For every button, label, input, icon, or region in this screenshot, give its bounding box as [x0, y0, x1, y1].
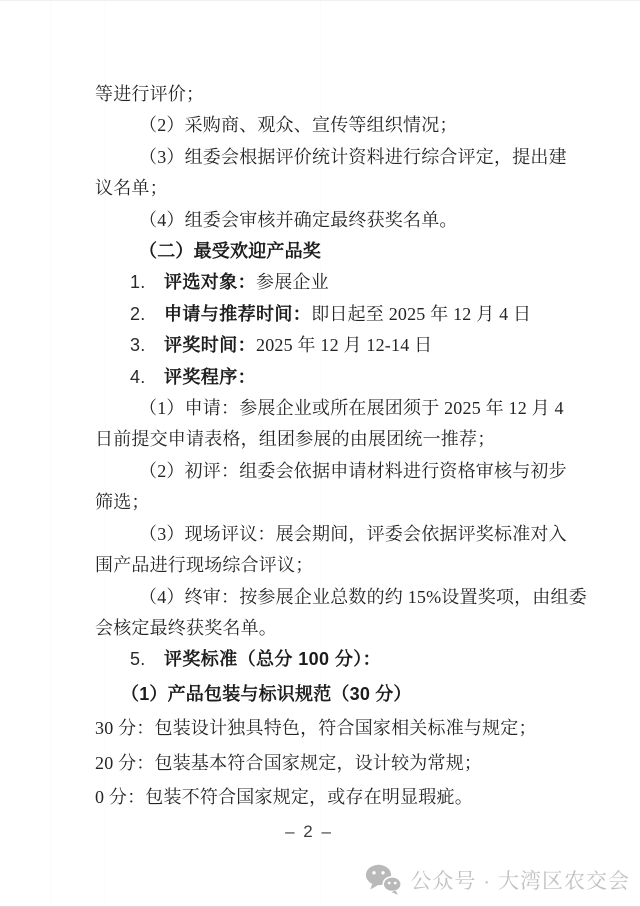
line-text: （4）组委会审核并确定最终获奖名单。 — [139, 210, 458, 230]
document-line: 2.申请与推荐时间：即日起至 2025 年 12 月 4 日 — [95, 299, 550, 330]
line-text-bold: 评奖时间： — [164, 335, 256, 355]
document-line: 围产品进行现场综合评议； — [95, 550, 550, 581]
line-text: 会核定最终获奖名单。 — [95, 618, 277, 638]
document-line: （3）现场评议：展会期间，评委会依据评奖标准对入 — [95, 519, 550, 550]
document-line: 0 分：包装不符合国家规定，或存在明显瑕疵。 — [95, 782, 550, 813]
document-line: 日前提交申请表格，组团参展的由展团统一推荐； — [95, 424, 550, 455]
line-text: （2）采购商、观众、宣传等组织情况； — [139, 115, 458, 135]
line-text: 参展企业 — [256, 272, 329, 292]
document-line: 30 分：包装设计独具特色，符合国家相关标准与规定； — [95, 713, 550, 744]
line-text: 0 分：包装不符合国家规定，或存在明显瑕疵。 — [95, 787, 473, 807]
document-line: 议名单； — [95, 173, 550, 204]
line-number: 1. — [130, 267, 164, 298]
line-text: （3）组委会根据评价统计资料进行综合评定，提出建 — [139, 147, 567, 167]
document-line: 等进行评价； — [95, 79, 550, 110]
line-text: 等进行评价； — [95, 84, 204, 104]
document-line: （4）组委会审核并确定最终获奖名单。 — [95, 205, 550, 236]
line-number: 2. — [130, 299, 164, 330]
document-line: （1）产品包装与标识规范（30 分） — [95, 679, 550, 710]
line-text: （4）终审：按参展企业总数的约 15%设置奖项，由组委 — [139, 587, 587, 607]
line-text: 日前提交申请表格，组团参展的由展团统一推荐； — [95, 429, 495, 449]
line-text-bold: 评选对象： — [164, 272, 256, 292]
document-line: （3）组委会根据评价统计资料进行综合评定，提出建 — [95, 142, 550, 173]
line-text: （3）现场评议：展会期间，评委会依据评奖标准对入 — [139, 524, 567, 544]
line-text-bold: （1）产品包装与标识规范（30 分） — [121, 684, 412, 704]
document-line: （2）初评：组委会依据申请材料进行资格审核与初步 — [95, 456, 550, 487]
line-number: 4. — [130, 362, 164, 393]
document-line: 1.评选对象：参展企业 — [95, 267, 550, 298]
document-page: 等进行评价；（2）采购商、观众、宣传等组织情况；（3）组委会根据评价统计资料进行… — [0, 0, 640, 907]
line-text-bold: （二）最受欢迎产品奖 — [139, 241, 321, 261]
document-line: 3.评奖时间：2025 年 12 月 12-14 日 — [95, 330, 550, 361]
document-line: 5.评奖标准（总分 100 分）： — [95, 644, 550, 675]
line-text: 议名单； — [95, 178, 168, 198]
document-line: 会核定最终获奖名单。 — [95, 613, 550, 644]
line-number: 5. — [130, 644, 164, 675]
line-text: （2）初评：组委会依据申请材料进行资格审核与初步 — [139, 461, 567, 481]
watermark-label: 公众号 · 大湾区农交会 — [410, 865, 630, 895]
document-line: （2）采购商、观众、宣传等组织情况； — [95, 110, 550, 141]
line-text: 20 分：包装基本符合国家规定，设计较为常规； — [95, 753, 482, 773]
document-line: （二）最受欢迎产品奖 — [95, 236, 550, 267]
page-number: – 2 – — [0, 822, 618, 842]
document-line: 20 分：包装基本符合国家规定，设计较为常规； — [95, 748, 550, 779]
document-line: 筛选； — [95, 487, 550, 518]
document-line: 4.评奖程序： — [95, 362, 550, 393]
line-text-bold: 申请与推荐时间： — [164, 304, 311, 324]
line-text: （1）申请：参展企业或所在展团须于 2025 年 12 月 4 — [139, 398, 564, 418]
line-text: 围产品进行现场综合评议； — [95, 555, 313, 575]
line-number: 3. — [130, 330, 164, 361]
document-line: （4）终审：按参展企业总数的约 15%设置奖项，由组委 — [95, 582, 550, 613]
line-text-bold: 评奖程序： — [164, 367, 256, 387]
document-body: 等进行评价；（2）采购商、观众、宣传等组织情况；（3）组委会根据评价统计资料进行… — [95, 79, 550, 813]
line-text: 即日起至 2025 年 12 月 4 日 — [311, 304, 531, 324]
line-text-bold: 评奖标准（总分 100 分）： — [164, 649, 381, 669]
wechat-icon — [365, 864, 402, 895]
document-line: （1）申请：参展企业或所在展团须于 2025 年 12 月 4 — [95, 393, 550, 424]
line-text: 2025 年 12 月 12-14 日 — [256, 335, 432, 355]
line-text: 30 分：包装设计独具特色，符合国家相关标准与规定； — [95, 718, 537, 738]
wechat-watermark: 公众号 · 大湾区农交会 — [365, 864, 630, 895]
line-text: 筛选； — [95, 492, 150, 512]
